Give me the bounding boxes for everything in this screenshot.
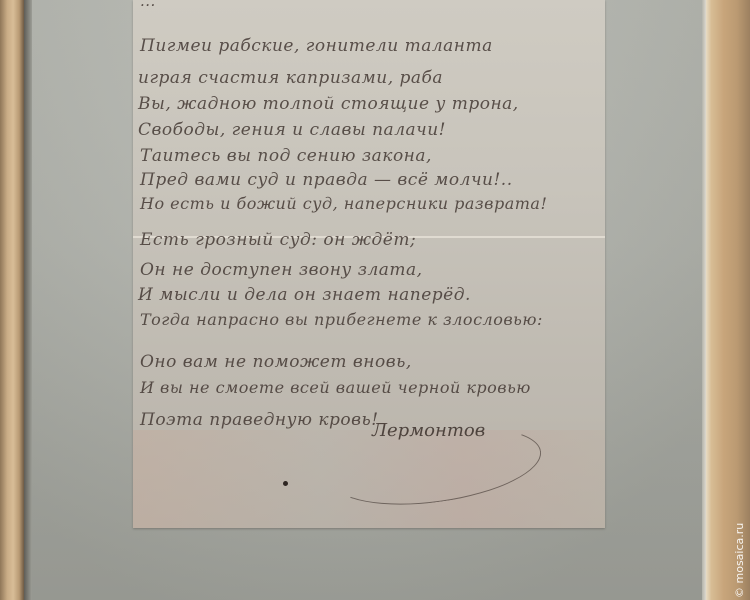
manuscript-line: И вы не смоете всей вашей черной кровью [140, 378, 531, 397]
frame-left-shadow [24, 0, 32, 600]
manuscript-line: Есть грозный суд: он ждёт; [140, 230, 416, 250]
manuscript-line: Пигмеи рабские, гонители таланта [140, 36, 493, 56]
picture-frame-right [706, 0, 750, 600]
manuscript-line: играя счастия капризами, раба [138, 68, 443, 88]
manuscript-line: Вы, жадною толпой стоящие у трона, [138, 94, 519, 114]
manuscript-line: И мысли и дела он знает наперёд. [138, 285, 471, 305]
manuscript-line: Таитесь вы под сению закона, [140, 146, 432, 166]
manuscript-line: Но есть и божий суд, наперсники разврата… [140, 194, 547, 213]
ink-blot [283, 481, 288, 486]
copyright-watermark: © mosaica.ru [733, 523, 746, 598]
manuscript-line: Тогда напрасно вы прибегнете к злословью… [140, 310, 543, 329]
manuscript-line: ... [140, 0, 156, 10]
manuscript-line: Оно вам не поможет вновь, [140, 352, 412, 372]
manuscript-line: Пред вами суд и правда — всё молчи!.. [140, 170, 513, 190]
manuscript-line: Поэта праведную кровь! [140, 410, 379, 430]
picture-frame-left [0, 0, 24, 600]
manuscript-line: Он не доступен звону злата, [140, 260, 423, 280]
manuscript-line: Свободы, гения и славы палачи! [138, 120, 446, 140]
